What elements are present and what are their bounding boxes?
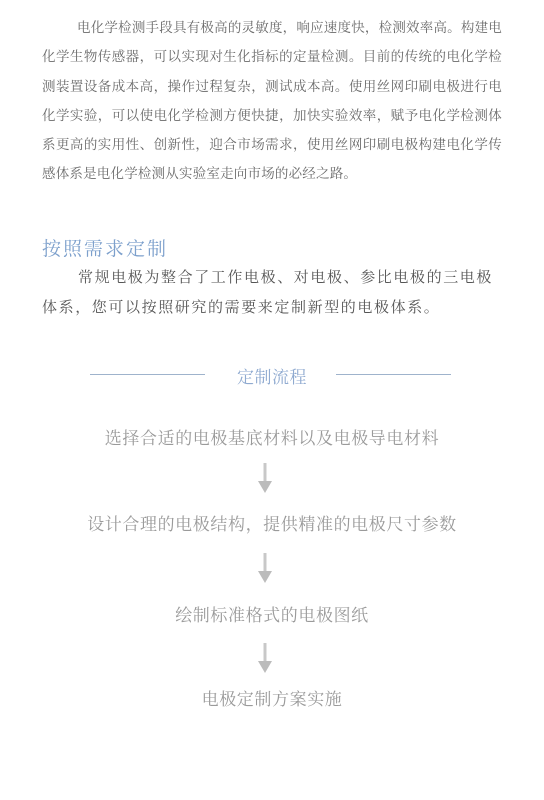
flow-step-4: 电极定制方案实施 [0, 685, 544, 710]
flow-step-1: 选择合适的电极基底材料以及电极导电材料 [0, 424, 544, 449]
section-body: 常规电极为整合了工作电极、对电极、参比电极的三电极体系，您可以按照研究的需要来定… [42, 262, 502, 322]
flow-step-3: 绘制标准格式的电极图纸 [0, 601, 544, 626]
intro-paragraph: 电化学检测手段具有极高的灵敏度，响应速度快，检测效率高。构建电化学生物传感器，可… [42, 14, 502, 190]
flow-title: 定制流程 [0, 363, 544, 388]
arrow-down-icon [256, 553, 274, 583]
intro-section: 电化学检测手段具有极高的灵敏度，响应速度快，检测效率高。构建电化学生物传感器，可… [42, 14, 502, 190]
section-paragraph: 常规电极为整合了工作电极、对电极、参比电极的三电极体系，您可以按照研究的需要来定… [42, 262, 502, 322]
flow-step-2: 设计合理的电极结构，提供精准的电极尺寸参数 [0, 510, 544, 535]
arrow-down-icon [256, 463, 274, 493]
arrow-down-icon [256, 643, 274, 673]
section-text: 常规电极为整合了工作电极、对电极、参比电极的三电极体系，您可以按照研究的需要来定… [42, 268, 493, 316]
divider-right [336, 374, 451, 375]
flow-header: 定制流程 [0, 363, 544, 387]
intro-text: 电化学检测手段具有极高的灵敏度，响应速度快，检测效率高。构建电化学生物传感器，可… [42, 20, 502, 182]
section-title: 按照需求定制 [42, 234, 168, 261]
